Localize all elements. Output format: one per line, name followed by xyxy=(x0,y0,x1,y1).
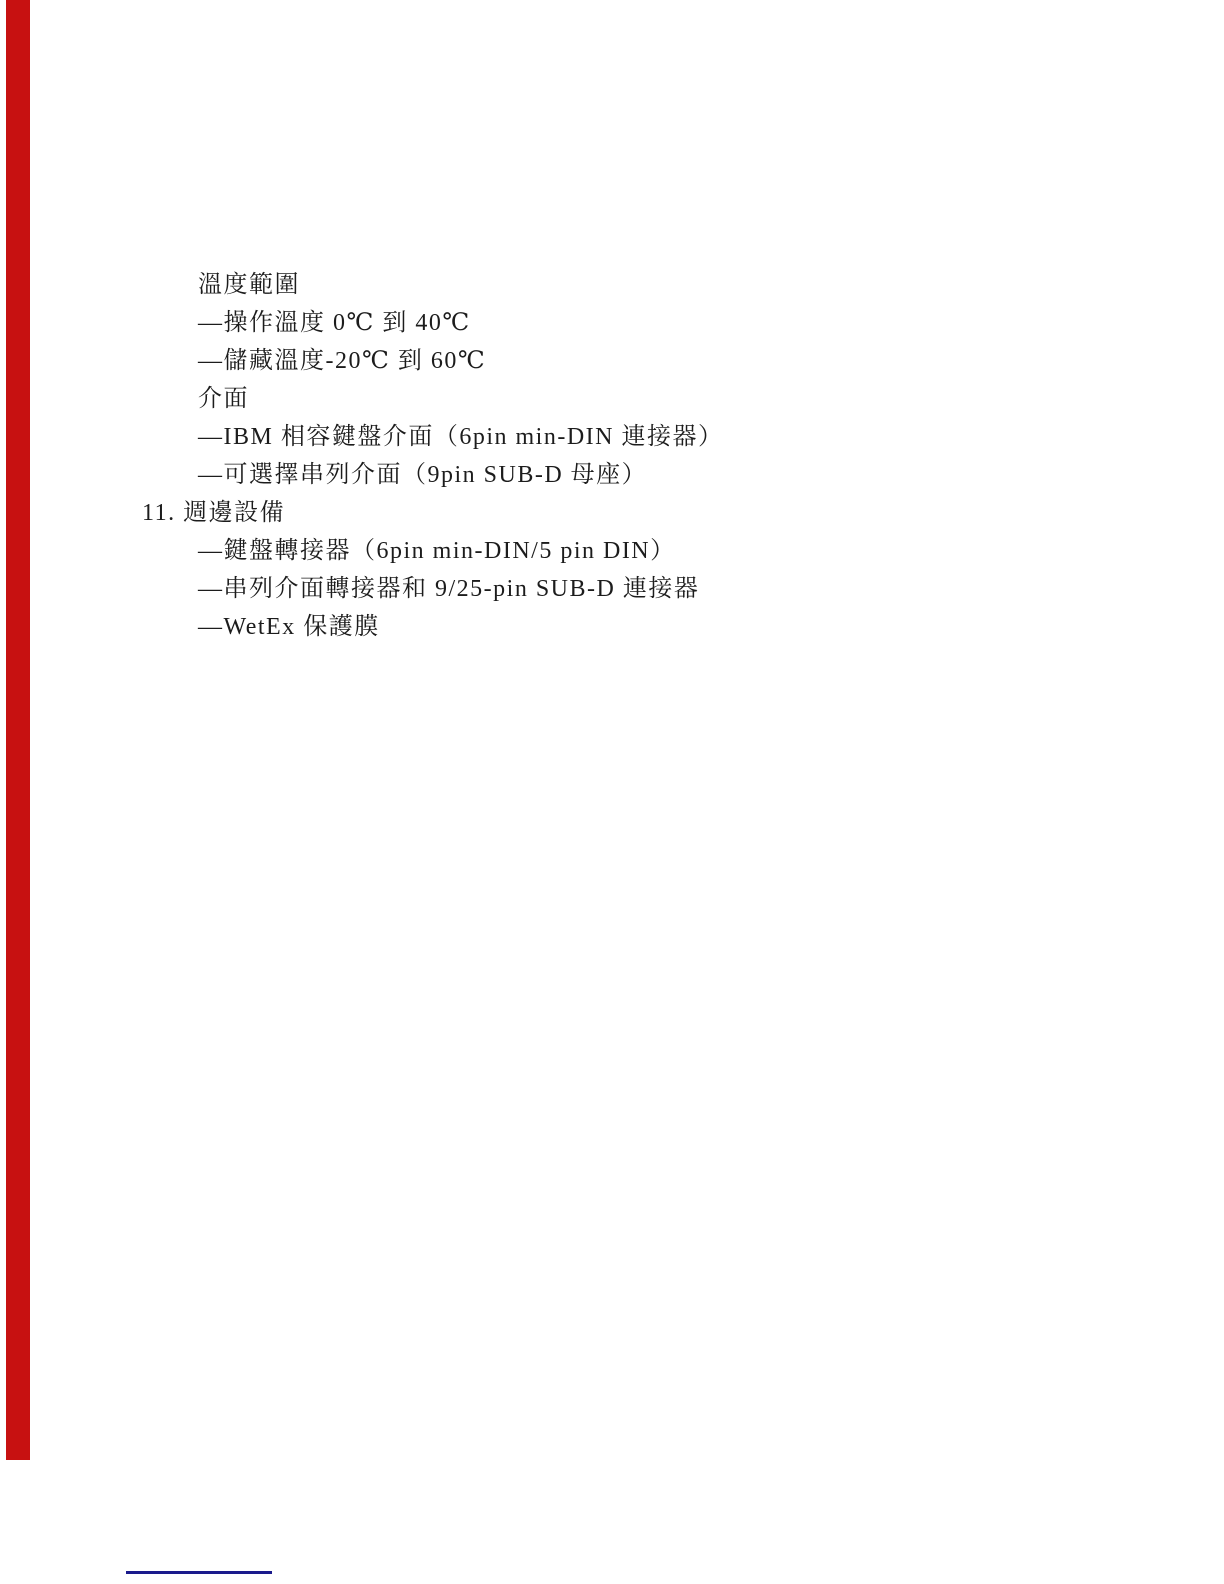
spec-line-wetex-film: —WetEx 保護膜 xyxy=(142,608,724,646)
spec-line-operating-temperature: —操作溫度 0℃ 到 40℃ xyxy=(142,304,724,342)
spec-text-block: 溫度範圍 —操作溫度 0℃ 到 40℃ —儲藏溫度-20℃ 到 60℃ 介面 —… xyxy=(142,266,724,646)
document-page: 溫度範圍 —操作溫度 0℃ 到 40℃ —儲藏溫度-20℃ 到 60℃ 介面 —… xyxy=(0,0,1224,1584)
section-heading-temperature-range: 溫度範圍 xyxy=(142,266,724,304)
spec-line-keyboard-adapter: —鍵盤轉接器（6pin min-DIN/5 pin DIN） xyxy=(142,532,724,570)
section-heading-interface: 介面 xyxy=(142,380,724,418)
spec-line-serial-adapter: —串列介面轉接器和 9/25-pin SUB-D 連接器 xyxy=(142,570,724,608)
spec-line-keyboard-interface: —IBM 相容鍵盤介面（6pin min-DIN 連接器） xyxy=(142,418,724,456)
scan-edge-artifact xyxy=(6,0,30,1460)
numbered-item-peripherals: 11. 週邊設備 xyxy=(142,494,724,532)
spec-line-storage-temperature: —儲藏溫度-20℃ 到 60℃ xyxy=(142,342,724,380)
footer-underline-rule xyxy=(126,1571,272,1574)
spec-line-serial-interface: —可選擇串列介面（9pin SUB-D 母座） xyxy=(142,456,724,494)
